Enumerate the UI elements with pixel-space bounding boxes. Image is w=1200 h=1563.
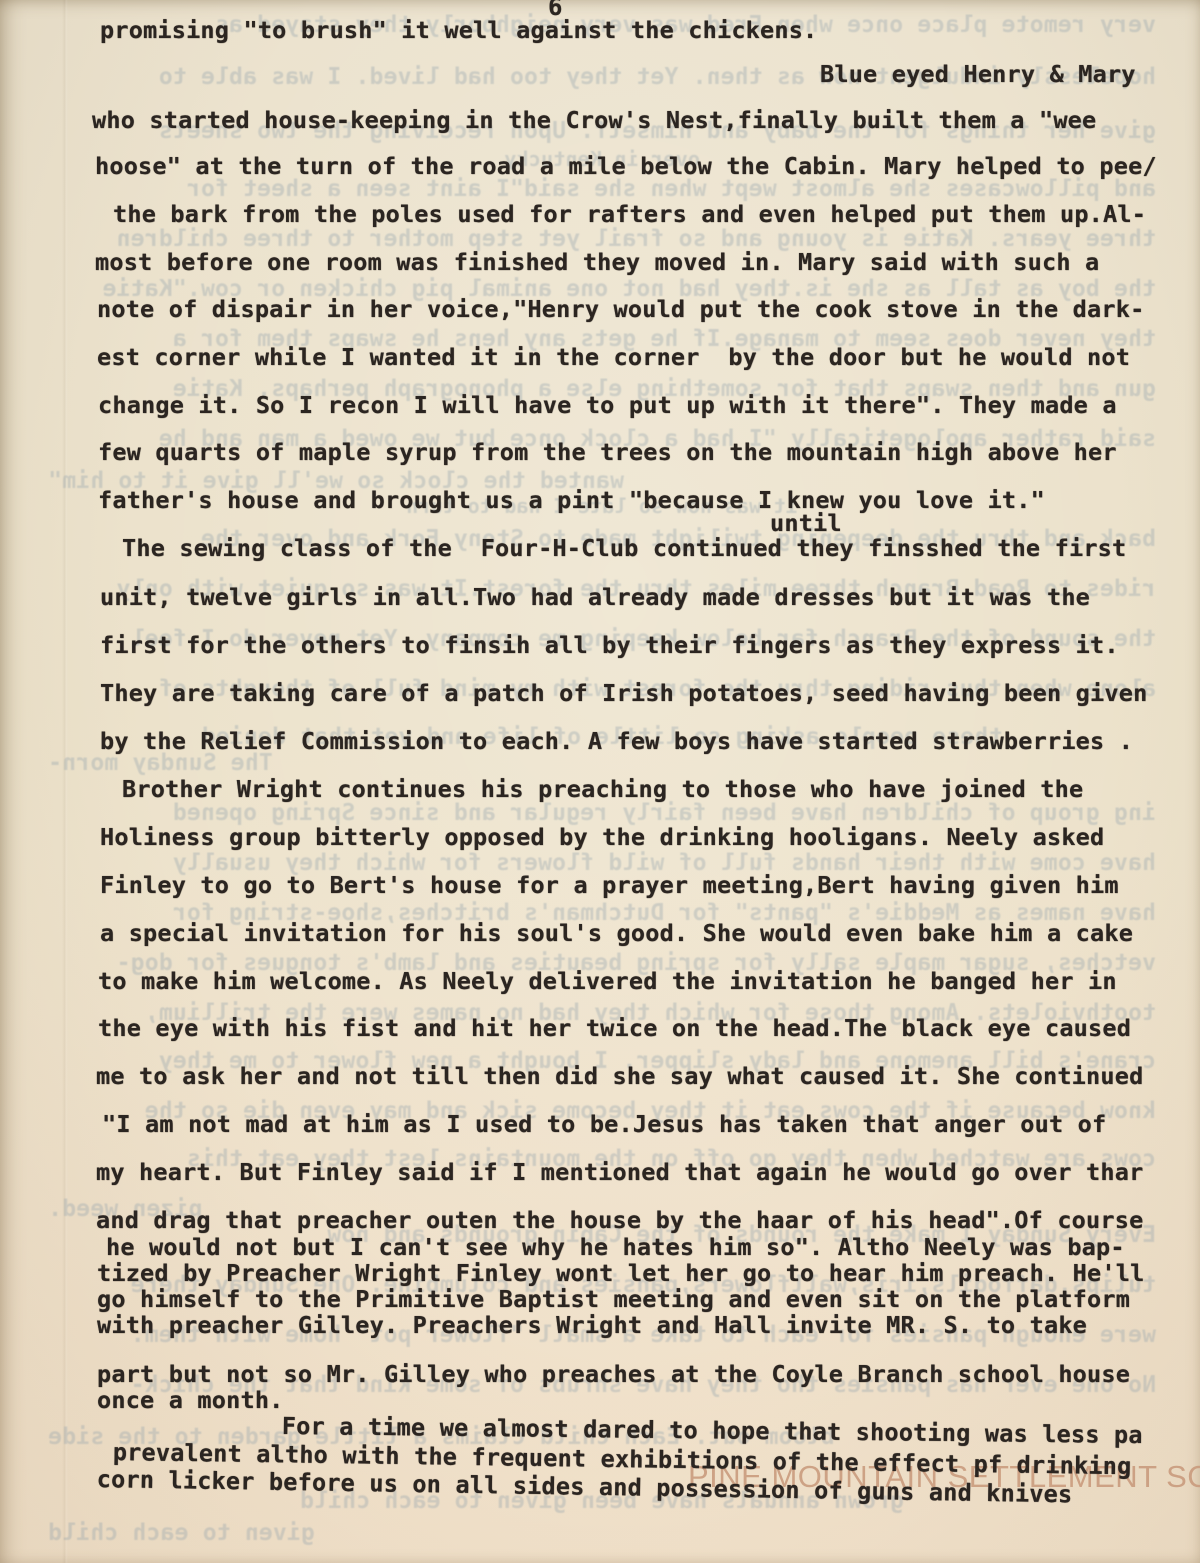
typed-line: The sewing class of the Four-H-Club cont… — [122, 534, 1126, 562]
typed-line: to make him welcome. As Neely delivered … — [98, 967, 1117, 995]
typed-line: first for the others to finsih all by th… — [100, 631, 1119, 659]
typed-line: the bark from the poles used for rafters… — [113, 200, 1146, 228]
typed-line: promising "to brush" it well against the… — [100, 16, 817, 44]
typed-line: "I am not mad at him as I used to be.Jes… — [102, 1110, 1106, 1138]
typed-line: few quarts of maple syrup from the trees… — [98, 438, 1117, 466]
document-page: 6 very remote place once when Fred was v… — [0, 0, 1200, 1563]
typed-line: until — [770, 509, 842, 537]
typed-line: Finley to go to Bert's house for a praye… — [100, 871, 1119, 899]
typed-line: me to ask her and not till then did she … — [96, 1062, 1143, 1090]
typed-line: go himself to the Primitive Baptist meet… — [97, 1285, 1130, 1313]
bleedthrough-line: given to each child — [48, 1520, 1156, 1546]
typed-line: my heart. But Finley said if I mentioned… — [96, 1158, 1143, 1186]
typed-line: by the Relief Commission to each. A few … — [100, 727, 1133, 755]
typed-line: and drag that preacher outen the house b… — [96, 1206, 1143, 1234]
typed-line: most before one room was finished they m… — [95, 248, 1099, 276]
typed-line: he would not but I can't see why he hate… — [106, 1233, 1125, 1261]
typed-line: Holiness group bitterly opposed by the d… — [100, 823, 1104, 851]
typed-line: Brother Wright continues his preaching t… — [122, 775, 1083, 803]
typed-line: hoose" at the turn of the road a mile be… — [95, 152, 1157, 180]
typed-line: note of dispair in her voice,"Henry woul… — [97, 295, 1144, 323]
typed-line: part but not so Mr. Gilley who preaches … — [97, 1360, 1130, 1388]
typed-line: once a month. — [97, 1386, 284, 1414]
typed-line: est corner while I wanted it in the corn… — [97, 343, 1130, 371]
typed-line: a special invitation for his soul's good… — [100, 919, 1133, 947]
typed-line: the eye with his fist and hit her twice … — [98, 1014, 1131, 1042]
typed-line: father's house and brought us a pint "be… — [98, 486, 1045, 514]
typed-line: change it. So I recon I will have to put… — [98, 391, 1117, 419]
typed-line: tized by Preacher Wright Finley wont let… — [97, 1259, 1144, 1287]
typed-line: with preacher Gilley. Preachers Wright a… — [97, 1311, 1087, 1339]
typed-line: They are taking care of a patch of Irish… — [100, 679, 1147, 707]
typed-line: unit, twelve girls in all.Two had alread… — [100, 583, 1090, 611]
typed-line: who started house-keeping in the Crow's … — [92, 106, 1096, 134]
typed-line: Blue eyed Henry & Mary — [820, 60, 1136, 88]
